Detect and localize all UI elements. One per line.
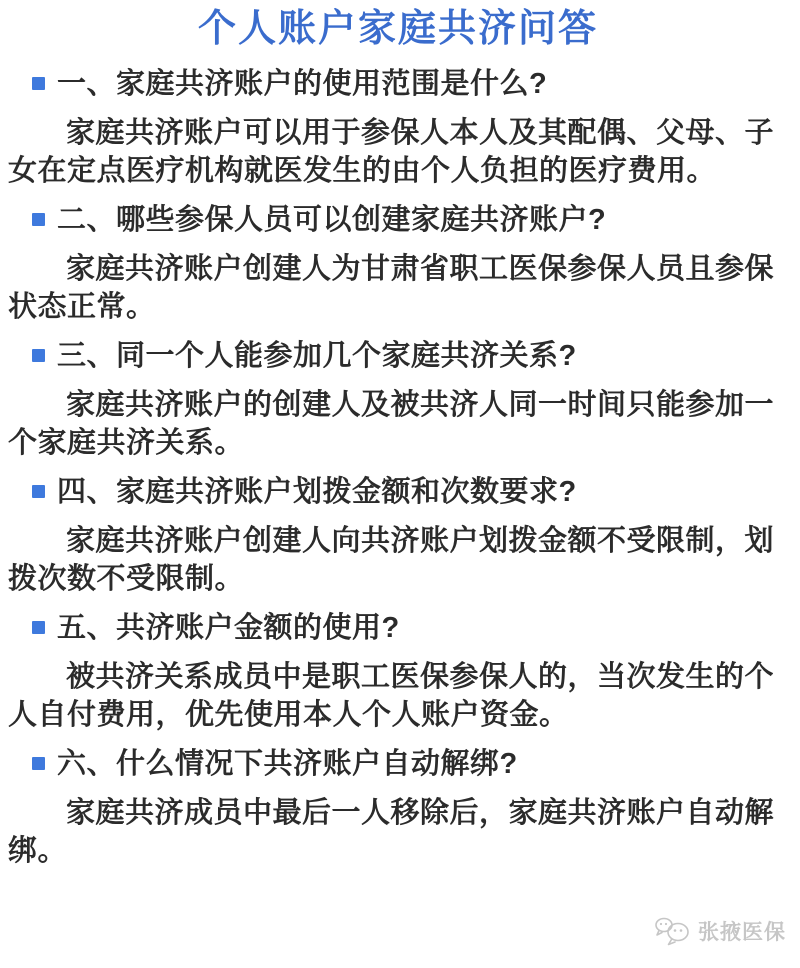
bullet-square-icon (32, 77, 45, 90)
question-row: 四、家庭共济账户划拨金额和次数要求? (8, 474, 788, 510)
question-text: 六、什么情况下共济账户自动解绑? (57, 746, 518, 782)
bullet-square-icon (32, 485, 45, 498)
question-text: 四、家庭共济账户划拨金额和次数要求? (57, 474, 577, 510)
watermark-label: 张掖医保 (698, 916, 786, 946)
bullet-square-icon (32, 213, 45, 226)
question-row: 二、哪些参保人员可以创建家庭共济账户? (8, 202, 788, 238)
question-text: 三、同一个人能参加几个家庭共济关系? (57, 338, 577, 374)
question-row: 三、同一个人能参加几个家庭共济关系? (8, 338, 788, 374)
answer-text: 家庭共济账户创建人向共济账户划拨金额不受限制，划拨次数不受限制。 (8, 522, 788, 598)
bullet-square-icon (32, 757, 45, 770)
watermark: 张掖医保 (654, 916, 786, 946)
qa-section-4: 四、家庭共济账户划拨金额和次数要求? 家庭共济账户创建人向共济账户划拨金额不受限… (8, 474, 788, 598)
answer-text: 家庭共济账户的创建人及被共济人同一时间只能参加一个家庭共济关系。 (8, 386, 788, 462)
qa-section-1: 一、家庭共济账户的使用范围是什么? 家庭共济账户可以用于参保人本人及其配偶、父母… (8, 66, 788, 190)
question-row: 一、家庭共济账户的使用范围是什么? (8, 66, 788, 102)
question-row: 六、什么情况下共济账户自动解绑? (8, 746, 788, 782)
bullet-square-icon (32, 621, 45, 634)
answer-text: 家庭共济账户创建人为甘肃省职工医保参保人员且参保状态正常。 (8, 250, 788, 326)
answer-text: 家庭共济成员中最后一人移除后，家庭共济账户自动解绑。 (8, 794, 788, 870)
wechat-logo-icon (654, 916, 692, 946)
document-page: 个人账户家庭共济问答 一、家庭共济账户的使用范围是什么? 家庭共济账户可以用于参… (0, 0, 800, 968)
page-title: 个人账户家庭共济问答 (8, 6, 788, 52)
qa-section-5: 五、共济账户金额的使用? 被共济关系成员中是职工医保参保人的，当次发生的个人自付… (8, 610, 788, 734)
answer-text: 被共济关系成员中是职工医保参保人的，当次发生的个人自付费用，优先使用本人个人账户… (8, 658, 788, 734)
bullet-square-icon (32, 349, 45, 362)
qa-section-3: 三、同一个人能参加几个家庭共济关系? 家庭共济账户的创建人及被共济人同一时间只能… (8, 338, 788, 462)
question-text: 五、共济账户金额的使用? (57, 610, 400, 646)
question-row: 五、共济账户金额的使用? (8, 610, 788, 646)
qa-section-2: 二、哪些参保人员可以创建家庭共济账户? 家庭共济账户创建人为甘肃省职工医保参保人… (8, 202, 788, 326)
question-text: 二、哪些参保人员可以创建家庭共济账户? (57, 202, 606, 238)
qa-section-6: 六、什么情况下共济账户自动解绑? 家庭共济成员中最后一人移除后，家庭共济账户自动… (8, 746, 788, 870)
answer-text: 家庭共济账户可以用于参保人本人及其配偶、父母、子女在定点医疗机构就医发生的由个人… (8, 114, 788, 190)
question-text: 一、家庭共济账户的使用范围是什么? (57, 66, 547, 102)
